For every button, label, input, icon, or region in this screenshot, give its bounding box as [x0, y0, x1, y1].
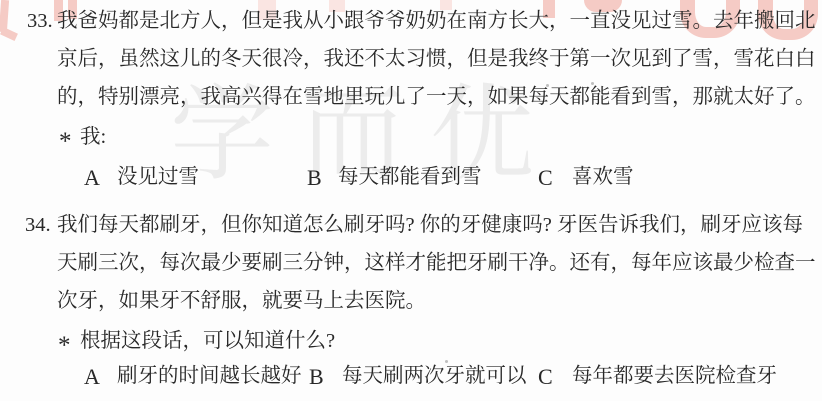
- passage-line: 我们每天都刷牙，但你知道怎么刷牙吗? 你的牙健康吗? 牙医告诉我们，刷牙应该每: [57, 214, 803, 238]
- passage-line: 的，特别漂亮，我高兴得在雪地里玩儿了一天，如果每天都能看到雪，那就太好了。: [57, 86, 816, 110]
- scan-speck: [591, 82, 594, 85]
- asterisk-marker: *: [58, 332, 71, 361]
- option-c-label: C: [538, 364, 553, 389]
- passage-line: 次牙，如果牙不舒服，就要马上去医院。: [57, 290, 426, 314]
- option-c-text: 喜欢雪: [572, 166, 634, 190]
- option-b-label: B: [309, 364, 324, 389]
- option-a-label: A: [84, 364, 100, 389]
- option-b-text: 每天都能看到雪: [338, 166, 482, 190]
- option-a-text: 刷牙的时间越长越好: [117, 365, 302, 389]
- stem-text: 根据这段话，可以知道什么?: [80, 330, 335, 354]
- question-number: 34.: [25, 214, 51, 238]
- option-b-text: 每天刷两次牙就可以: [342, 365, 527, 389]
- scan-speck: [445, 360, 448, 363]
- option-c-text: 每年都要去医院检查牙: [572, 365, 777, 389]
- option-a-label: A: [84, 165, 100, 190]
- asterisk-marker: *: [59, 128, 72, 157]
- question-number: 33.: [27, 10, 53, 34]
- option-c-label: C: [538, 165, 553, 190]
- passage-line: 天刷三次，每次最少要刷三分钟，这样才能把牙刷干净。还有，每年应该最少检查一: [57, 252, 816, 276]
- red-letter-fragment: [440, 0, 452, 10]
- passage-line: 我爸妈都是北方人，但是我从小跟爷爷奶奶在南方长大，一直没见过雪。去年搬回北: [57, 10, 816, 34]
- passage-line: 京后，虽然这儿的冬天很冷，我还不太习惯，但是我终于第一次见到了雪，雪花白白: [57, 48, 816, 72]
- scanned-test-page: 学而优 33. 我爸妈都是北方人，但是我从小跟爷爷奶奶在南方长大，一直没见过雪。…: [0, 0, 822, 401]
- option-b-label: B: [307, 165, 322, 190]
- option-a-text: 没见过雪: [117, 166, 199, 190]
- stem-text: 我:: [80, 126, 106, 150]
- red-letter-fragment: [0, 27, 18, 41]
